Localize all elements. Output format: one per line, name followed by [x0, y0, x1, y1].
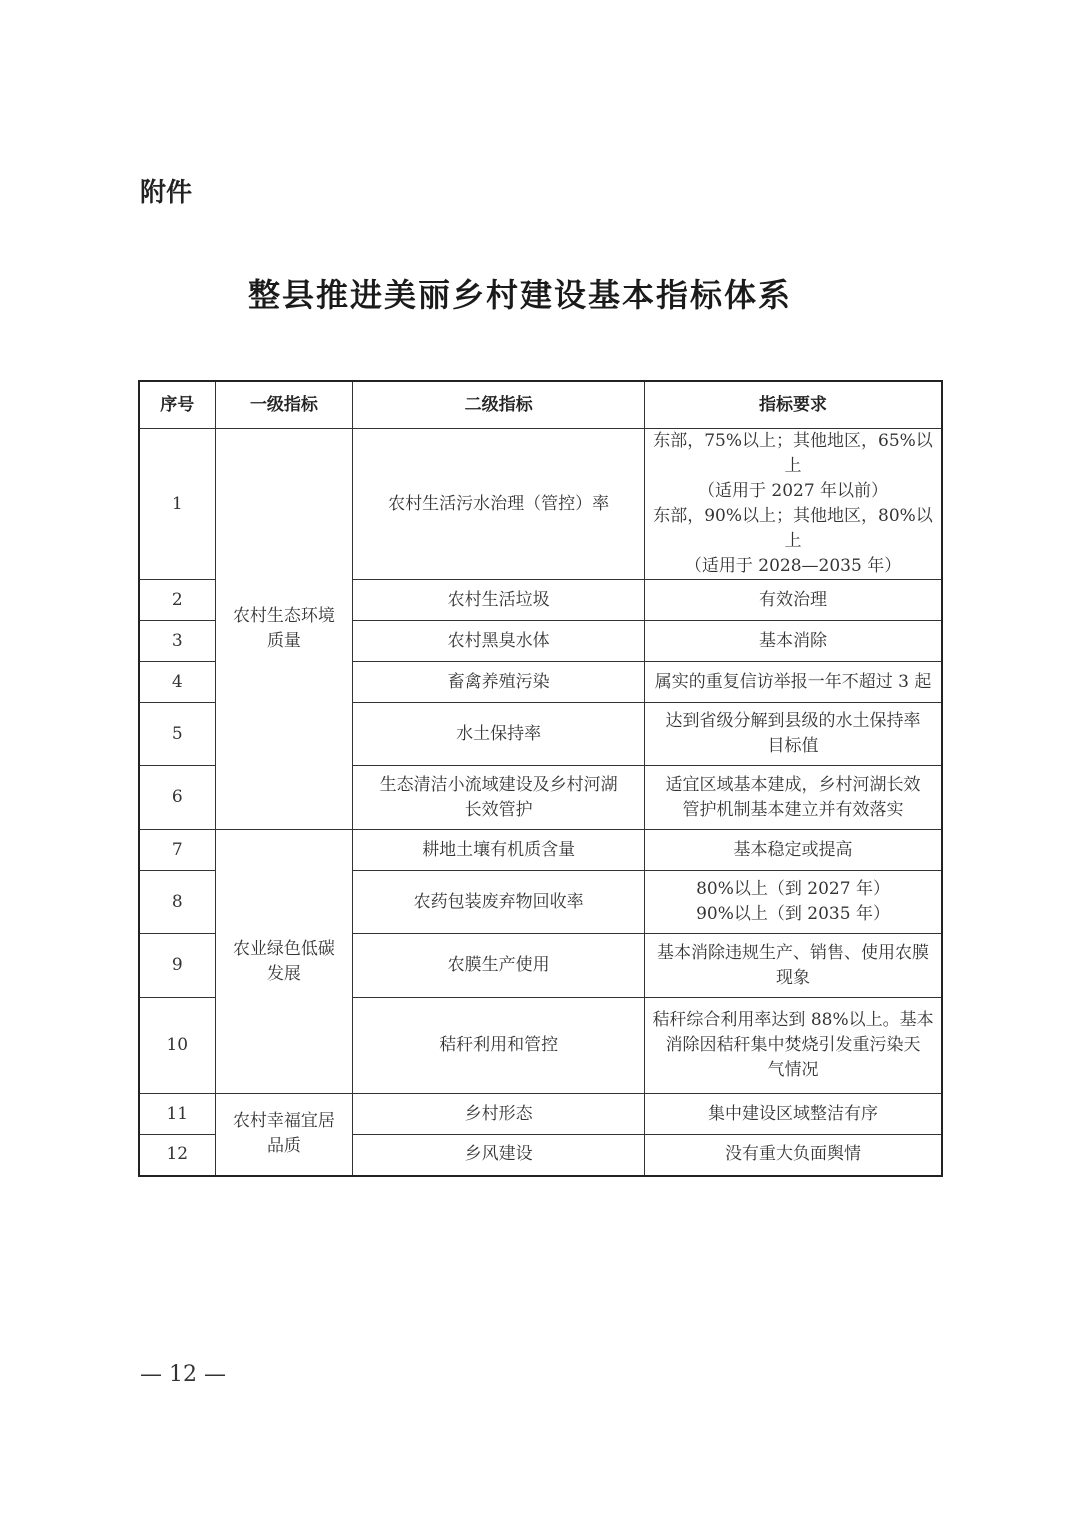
row-indicator: 乡风建设: [353, 1135, 645, 1176]
row-no: 12: [139, 1135, 215, 1176]
req-line: （适用于 2028—2035 年）: [647, 554, 939, 579]
header-level1: 一级指标: [215, 381, 353, 429]
table-row: 11 农村幸福宜居 品质 乡村形态 集中建设区域整洁有序: [139, 1094, 942, 1135]
req-line: 80%以上（到 2027 年）: [647, 877, 939, 902]
group-line: 质量: [218, 629, 351, 654]
group-line: 农村幸福宜居: [218, 1109, 351, 1134]
req-line: 适宜区域基本建成，乡村河湖长效: [647, 773, 939, 798]
row-indicator: 农膜生产使用: [353, 934, 645, 998]
row-requirement: 秸秆综合利用率达到 88%以上。基本 消除因秸秆集中焚烧引发重污染天 气情况: [645, 998, 942, 1094]
row-indicator: 农村黑臭水体: [353, 621, 645, 662]
row-indicator: 农村生活污水治理（管控）率: [353, 429, 645, 580]
row-no: 8: [139, 871, 215, 934]
header-requirement: 指标要求: [645, 381, 942, 429]
req-line: （适用于 2027 年以前）: [647, 479, 939, 504]
req-line: 目标值: [647, 734, 939, 759]
req-line: 气情况: [647, 1058, 939, 1083]
row-requirement: 基本稳定或提高: [645, 830, 942, 871]
row-requirement: 适宜区域基本建成，乡村河湖长效 管护机制基本建立并有效落实: [645, 766, 942, 830]
group-line: 农村生态环境: [218, 604, 351, 629]
row-indicator: 畜禽养殖污染: [353, 662, 645, 703]
table-row: 7 农业绿色低碳 发展 耕地土壤有机质含量 基本稳定或提高: [139, 830, 942, 871]
row-requirement: 属实的重复信访举报一年不超过 3 起: [645, 662, 942, 703]
req-line: 基本消除违规生产、销售、使用农膜: [647, 941, 939, 966]
header-no: 序号: [139, 381, 215, 429]
row-requirement: 80%以上（到 2027 年） 90%以上（到 2035 年）: [645, 871, 942, 934]
req-line: 现象: [647, 966, 939, 991]
row-indicator: 农药包装废弃物回收率: [353, 871, 645, 934]
row-no: 11: [139, 1094, 215, 1135]
header-level2: 二级指标: [353, 381, 645, 429]
row-indicator: 水土保持率: [353, 703, 645, 766]
req-line: 消除因秸秆集中焚烧引发重污染天: [647, 1033, 939, 1058]
page-number: — 12 —: [140, 1362, 226, 1387]
req-line: 90%以上（到 2035 年）: [647, 902, 939, 927]
req-line: 管护机制基本建立并有效落实: [647, 798, 939, 823]
row-requirement: 东部，75%以上；其他地区，65%以上 （适用于 2027 年以前） 东部，90…: [645, 429, 942, 580]
row-indicator: 生态清洁小流域建设及乡村河湖 长效管护: [353, 766, 645, 830]
row-requirement: 集中建设区域整洁有序: [645, 1094, 942, 1135]
ind-line: 长效管护: [355, 798, 642, 823]
indicator-table: 序号 一级指标 二级指标 指标要求 1 农村生态环境 质量 农村生活污水治理（管…: [138, 380, 943, 1177]
row-no: 9: [139, 934, 215, 998]
req-line: 达到省级分解到县级的水土保持率: [647, 709, 939, 734]
attachment-label: 附件: [140, 172, 192, 209]
document-title: 整县推进美丽乡村建设基本指标体系: [0, 270, 1040, 316]
row-requirement: 有效治理: [645, 580, 942, 621]
group-line: 品质: [218, 1134, 351, 1159]
group-cell: 农村生态环境 质量: [215, 429, 353, 830]
row-no: 5: [139, 703, 215, 766]
group-cell: 农业绿色低碳 发展: [215, 830, 353, 1094]
group-line: 农业绿色低碳: [218, 937, 351, 962]
row-indicator: 乡村形态: [353, 1094, 645, 1135]
row-requirement: 基本消除违规生产、销售、使用农膜 现象: [645, 934, 942, 998]
group-cell: 农村幸福宜居 品质: [215, 1094, 353, 1176]
row-requirement: 达到省级分解到县级的水土保持率 目标值: [645, 703, 942, 766]
row-no: 3: [139, 621, 215, 662]
req-line: 秸秆综合利用率达到 88%以上。基本: [647, 1008, 939, 1033]
row-no: 6: [139, 766, 215, 830]
row-indicator: 农村生活垃圾: [353, 580, 645, 621]
row-no: 7: [139, 830, 215, 871]
ind-line: 生态清洁小流域建设及乡村河湖: [355, 773, 642, 798]
row-requirement: 基本消除: [645, 621, 942, 662]
row-no: 4: [139, 662, 215, 703]
table-header-row: 序号 一级指标 二级指标 指标要求: [139, 381, 942, 429]
row-indicator: 耕地土壤有机质含量: [353, 830, 645, 871]
group-line: 发展: [218, 962, 351, 987]
req-line: 东部，90%以上；其他地区，80%以上: [647, 504, 939, 554]
row-no: 2: [139, 580, 215, 621]
row-no: 1: [139, 429, 215, 580]
table-row: 1 农村生态环境 质量 农村生活污水治理（管控）率 东部，75%以上；其他地区，…: [139, 429, 942, 580]
row-requirement: 没有重大负面舆情: [645, 1135, 942, 1176]
row-indicator: 秸秆利用和管控: [353, 998, 645, 1094]
req-line: 东部，75%以上；其他地区，65%以上: [647, 429, 939, 479]
row-no: 10: [139, 998, 215, 1094]
